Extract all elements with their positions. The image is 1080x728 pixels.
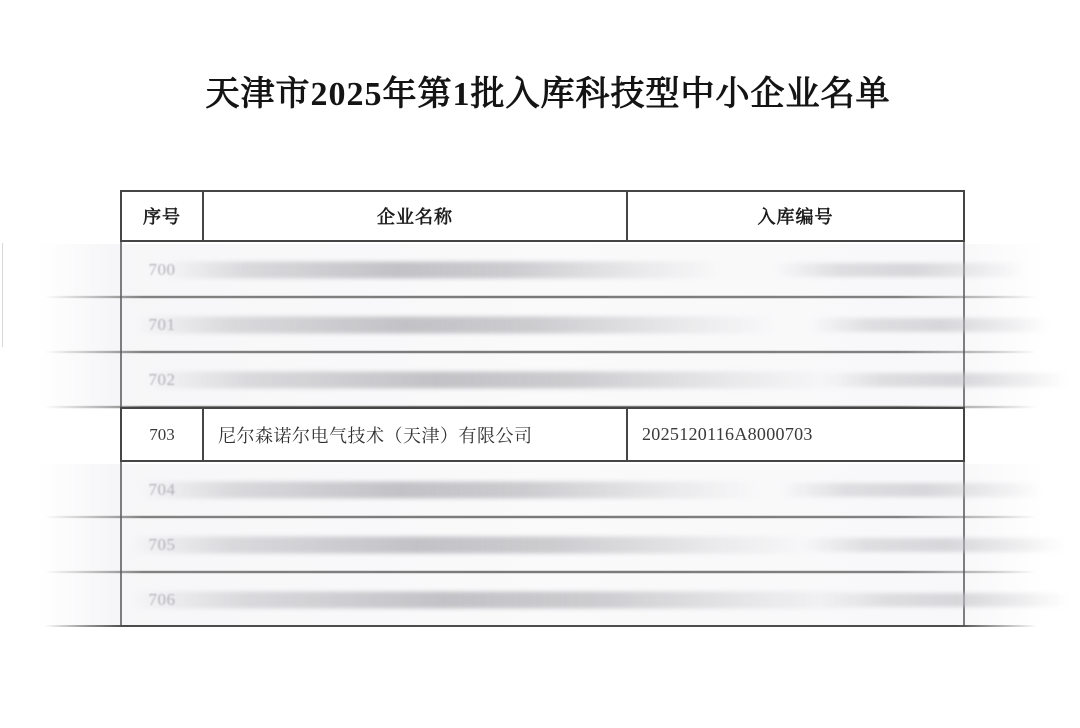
row-index: 706	[120, 572, 204, 627]
column-header-registration-code: 入库编号	[628, 192, 963, 240]
row-index: 704	[120, 462, 204, 517]
blurred-company-name-streak	[162, 261, 722, 278]
table-row-703: 703 尼尔森诺尔电气技术（天津）有限公司 2025120116A8000703	[120, 407, 965, 462]
blurred-registration-code-streak	[800, 538, 1066, 552]
blurred-company-name-streak	[146, 371, 836, 388]
blurred-company-name-streak	[130, 536, 810, 553]
table-header-row: 序号 企业名称 入库编号	[120, 190, 965, 242]
company-table: 序号 企业名称 入库编号 700 701 702	[120, 190, 965, 627]
column-header-company-name: 企业名称	[204, 192, 628, 240]
table-row-blurred-706: 706	[120, 572, 965, 627]
blurred-company-name-streak	[136, 316, 776, 333]
blurred-company-name-streak	[140, 481, 760, 498]
blurred-registration-code-streak	[780, 483, 1042, 497]
table-body: 700 701 702 703 尼尔森诺尔电气技	[120, 242, 965, 627]
row-registration-code: 2025120116A8000703	[628, 409, 963, 460]
document-page: 天津市2025年第1批入库科技型中小企业名单 序号 企业名称 入库编号 700 …	[0, 0, 1080, 728]
row-index: 703	[122, 409, 204, 460]
blurred-registration-code-streak	[820, 373, 1070, 387]
table-row-blurred-704: 704	[120, 462, 965, 517]
table-row-blurred-702: 702	[120, 352, 965, 407]
column-header-index: 序号	[122, 192, 204, 240]
row-index: 702	[120, 352, 204, 407]
table-row-blurred-700: 700	[120, 242, 965, 297]
blurred-registration-code-streak	[820, 593, 1070, 607]
scan-artifact	[2, 243, 3, 347]
row-index: 700	[120, 242, 204, 297]
table-row-blurred-705: 705	[120, 517, 965, 572]
page-title: 天津市2025年第1批入库科技型中小企业名单	[0, 66, 1080, 115]
blurred-company-name-streak	[132, 591, 874, 608]
table-row-blurred-701: 701	[120, 297, 965, 352]
row-index: 701	[120, 297, 204, 352]
row-company-name: 尼尔森诺尔电气技术（天津）有限公司	[204, 409, 628, 460]
blurred-registration-code-streak	[810, 318, 1050, 332]
row-index: 705	[120, 517, 204, 572]
blurred-registration-code-streak	[775, 263, 1025, 277]
